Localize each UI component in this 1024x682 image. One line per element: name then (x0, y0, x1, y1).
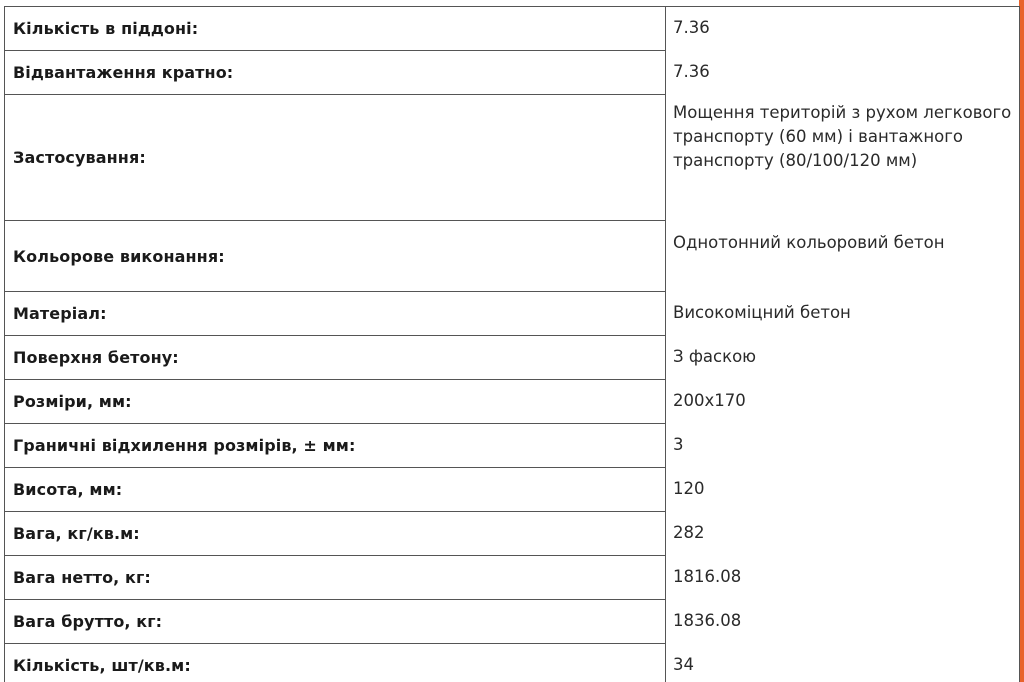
table-row: Вага нетто, кг: 1816.08 (5, 556, 1020, 600)
spec-value-dimension-tolerance: 3 (666, 424, 1020, 468)
table-row: Кількість в піддоні: 7.36 (5, 7, 1020, 51)
spec-value-height: 120 (666, 468, 1020, 512)
table-row: Граничні відхилення розмірів, ± мм: 3 (5, 424, 1020, 468)
spec-label-weight-per-sqm: Вага, кг/кв.м: (5, 512, 666, 556)
spec-label-net-weight: Вага нетто, кг: (5, 556, 666, 600)
table-row: Розміри, мм: 200x170 (5, 380, 1020, 424)
spec-label-dimensions: Розміри, мм: (5, 380, 666, 424)
spec-value-color-finish: Однотонний кольоровий бетон (666, 221, 1020, 292)
table-row: Відвантаження кратно: 7.36 (5, 51, 1020, 95)
spec-label-gross-weight: Вага брутто, кг: (5, 600, 666, 644)
spec-value-pallet-quantity: 7.36 (666, 7, 1020, 51)
spec-label-concrete-surface: Поверхня бетону: (5, 336, 666, 380)
spec-value-material: Високоміцний бетон (666, 292, 1020, 336)
spec-value-gross-weight: 1836.08 (666, 600, 1020, 644)
spec-label-pallet-quantity: Кількість в піддоні: (5, 7, 666, 51)
table-row: Висота, мм: 120 (5, 468, 1020, 512)
spec-value-pieces-per-sqm: 34 (666, 644, 1020, 682)
spec-value-dimensions: 200x170 (666, 380, 1020, 424)
spec-value-weight-per-sqm: 282 (666, 512, 1020, 556)
spec-label-material: Матеріал: (5, 292, 666, 336)
spec-label-dimension-tolerance: Граничні відхилення розмірів, ± мм: (5, 424, 666, 468)
spec-label-shipment-multiple: Відвантаження кратно: (5, 51, 666, 95)
spec-label-color-finish: Кольорове виконання: (5, 221, 666, 292)
spec-value-concrete-surface: З фаскою (666, 336, 1020, 380)
spec-label-height: Висота, мм: (5, 468, 666, 512)
table-row: Кількість, шт/кв.м: 34 (5, 644, 1020, 682)
table-row: Вага брутто, кг: 1836.08 (5, 600, 1020, 644)
spec-label-pieces-per-sqm: Кількість, шт/кв.м: (5, 644, 666, 682)
spec-label-application: Застосування: (5, 95, 666, 221)
table-row: Застосування: Мощення територій з рухом … (5, 95, 1020, 221)
table-row: Матеріал: Високоміцний бетон (5, 292, 1020, 336)
table-row: Вага, кг/кв.м: 282 (5, 512, 1020, 556)
spec-value-net-weight: 1816.08 (666, 556, 1020, 600)
table-row: Поверхня бетону: З фаскою (5, 336, 1020, 380)
table-row: Кольорове виконання: Однотонний кольоров… (5, 221, 1020, 292)
product-specifications-table: Кількість в піддоні: 7.36 Відвантаження … (4, 6, 1020, 682)
spec-value-application: Мощення територій з рухом легкового тран… (666, 95, 1020, 221)
spec-value-shipment-multiple: 7.36 (666, 51, 1020, 95)
